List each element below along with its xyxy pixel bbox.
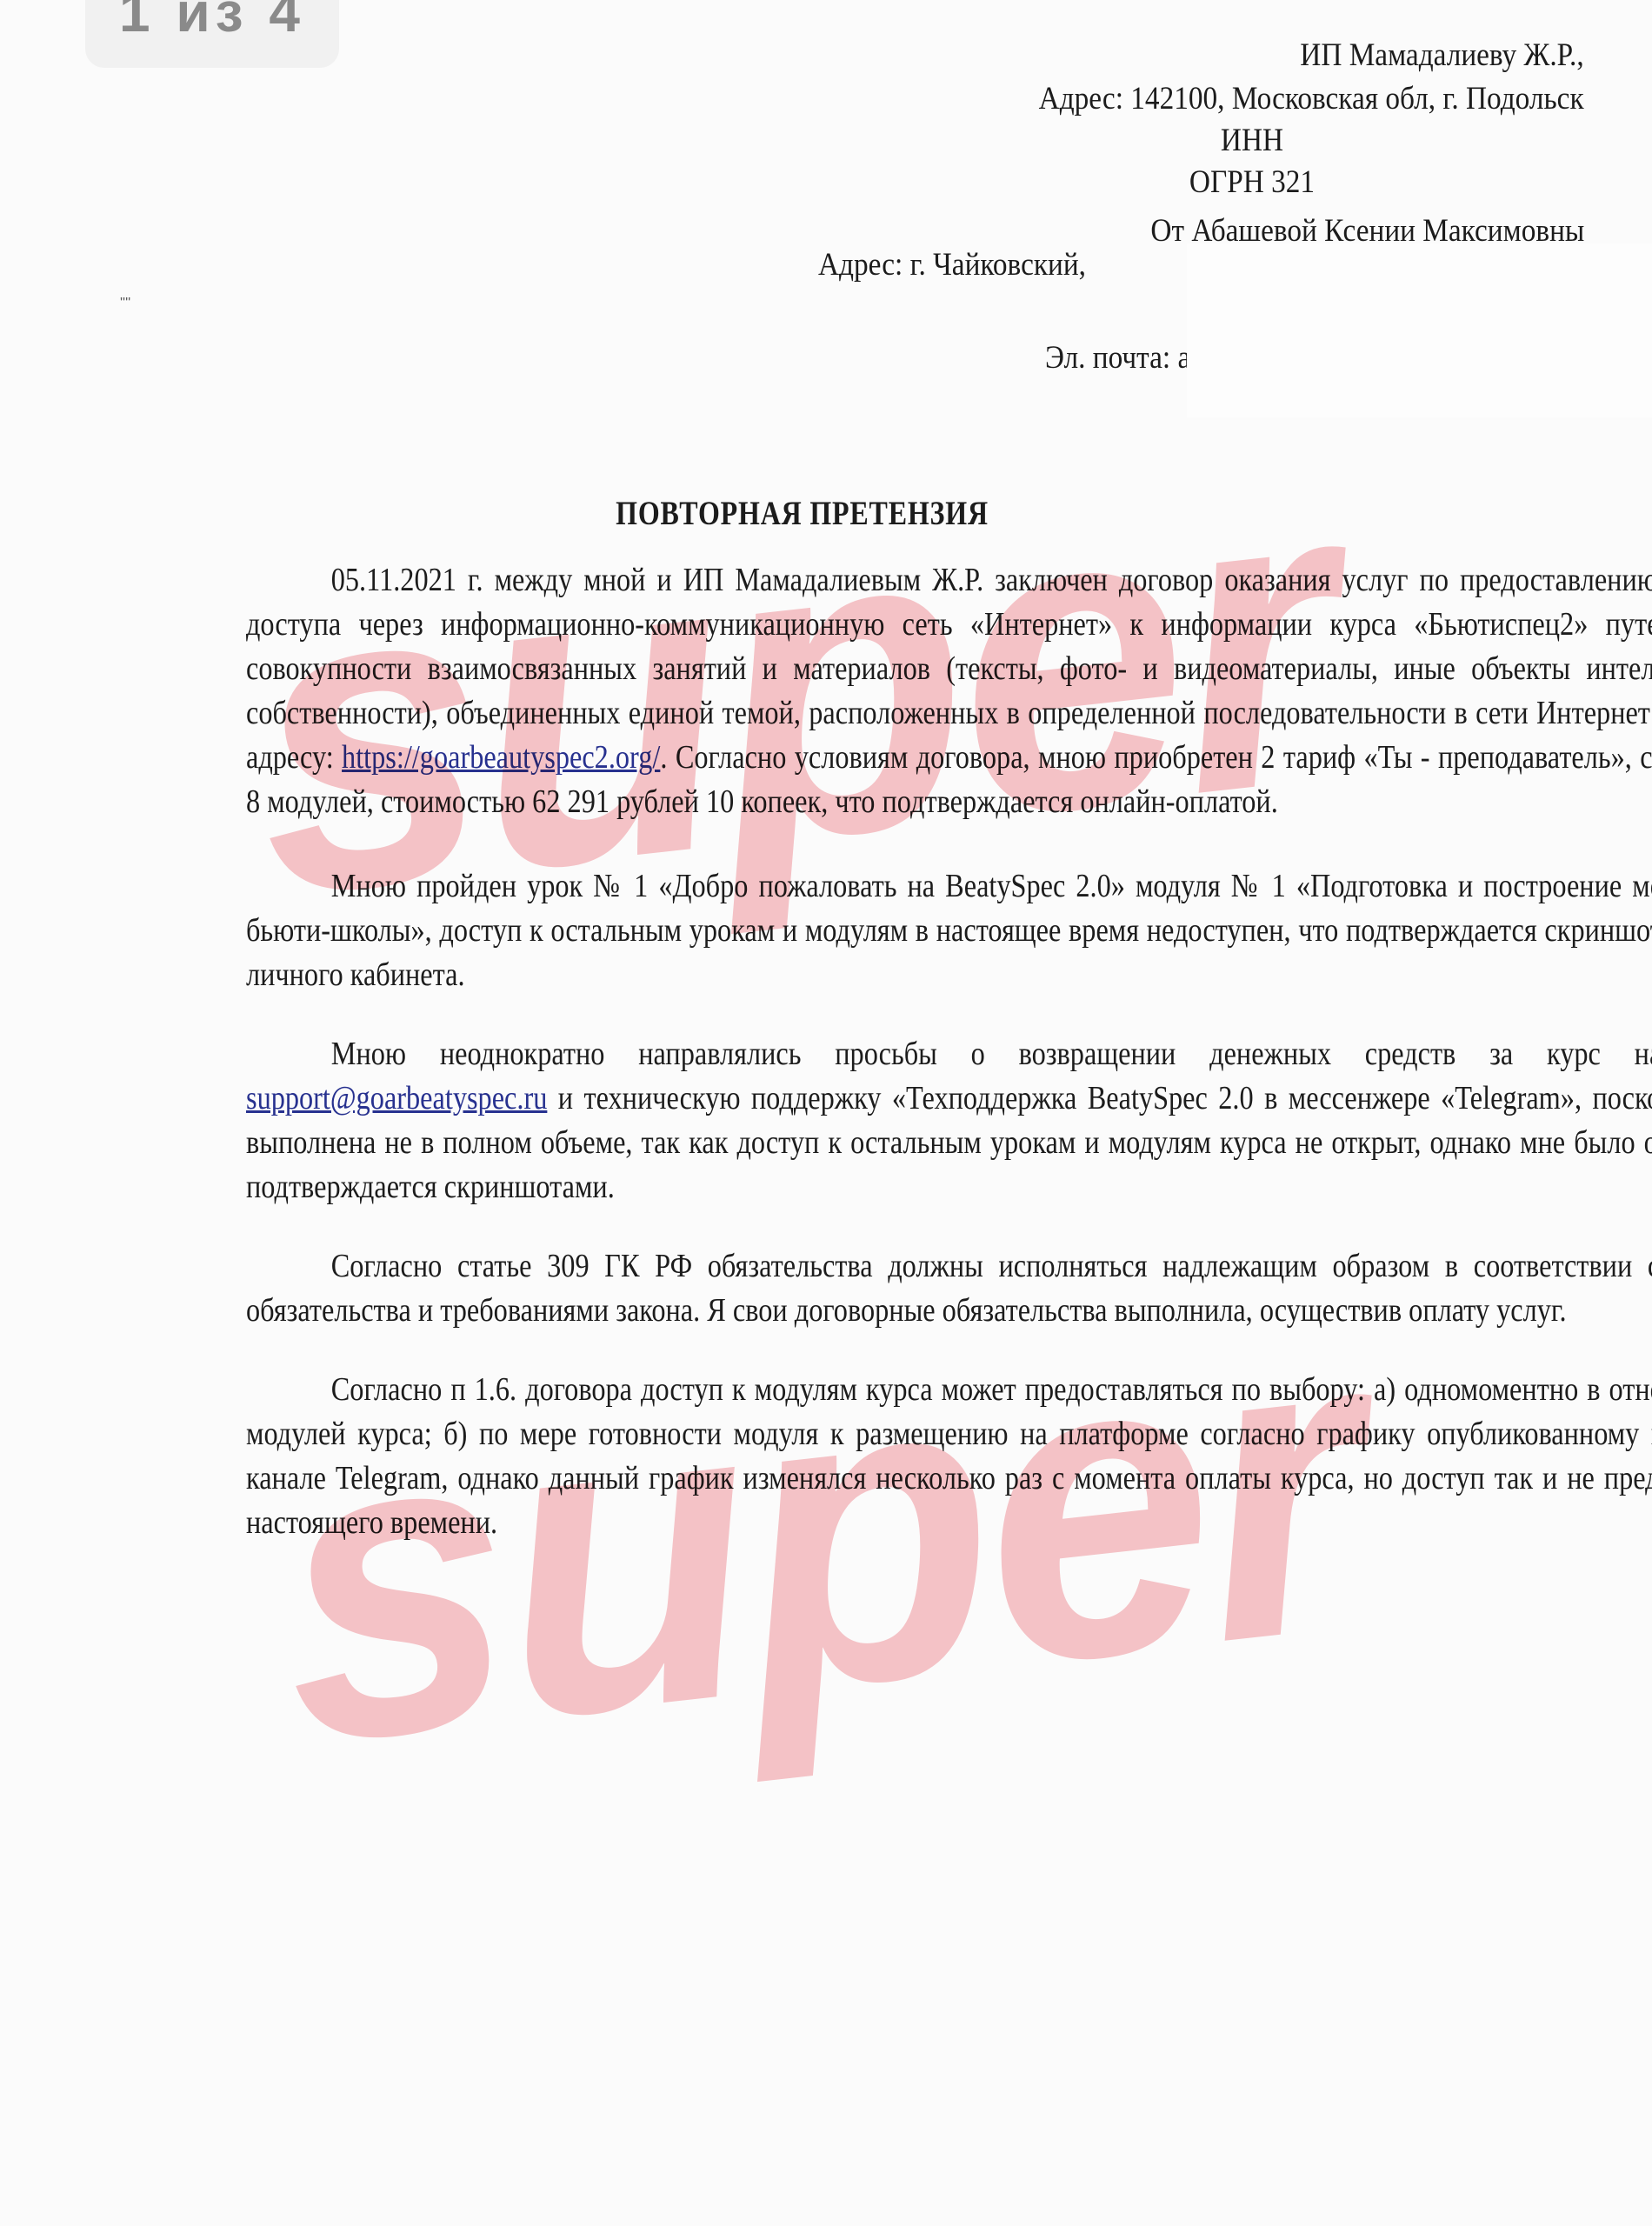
recipient-name: ИП Мамадалиеву Ж.Р., <box>1301 37 1584 75</box>
document-body: 05.11.2021 г. между мной и ИП Мамадалиев… <box>246 558 1652 1580</box>
paragraph-text: Мною неоднократно направлялись просьбы о… <box>331 1036 1652 1072</box>
paragraph-contract: 05.11.2021 г. между мной и ИП Мамадалиев… <box>246 558 1652 824</box>
paragraph-lesson-progress: Мною пройден урок № 1 «Добро пожаловать … <box>246 864 1652 997</box>
support-email-link[interactable]: support@goarbeatyspec.ru <box>246 1080 547 1116</box>
paragraph-civil-code: Согласно статье 309 ГК РФ обязательства … <box>246 1244 1652 1333</box>
paragraph-text: Согласно статье 309 ГК РФ обязательства … <box>246 1248 1652 1329</box>
recipient-address: Адрес: 142100, Московская обл, г. Подоль… <box>1039 80 1584 118</box>
paragraph-text: Мною пройден урок № 1 «Добро пожаловать … <box>246 868 1652 993</box>
paragraph-refund-requests: Мною неоднократно направлялись просьбы о… <box>246 1032 1652 1210</box>
recipient-inn: ИНН <box>1221 122 1283 160</box>
document-page: ИП Мамадалиеву Ж.Р., Адрес: 142100, Моск… <box>0 0 1652 2226</box>
recipient-ogrn: ОГРН 321 <box>1189 163 1315 202</box>
sender-address: Адрес: г. Чайковский, <box>818 246 1086 284</box>
document-title: ПОВТОРНАЯ ПРЕТЕНЗИЯ <box>0 494 1604 533</box>
redacted-email <box>1311 339 1652 409</box>
paragraph-text: Согласно п 1.6. договора доступ к модуля… <box>246 1371 1652 1541</box>
paragraph-contract-clause: Согласно п 1.6. договора доступ к модуля… <box>246 1368 1652 1545</box>
course-website-link[interactable]: https://goarbeautyspec2.org/ <box>342 739 660 776</box>
